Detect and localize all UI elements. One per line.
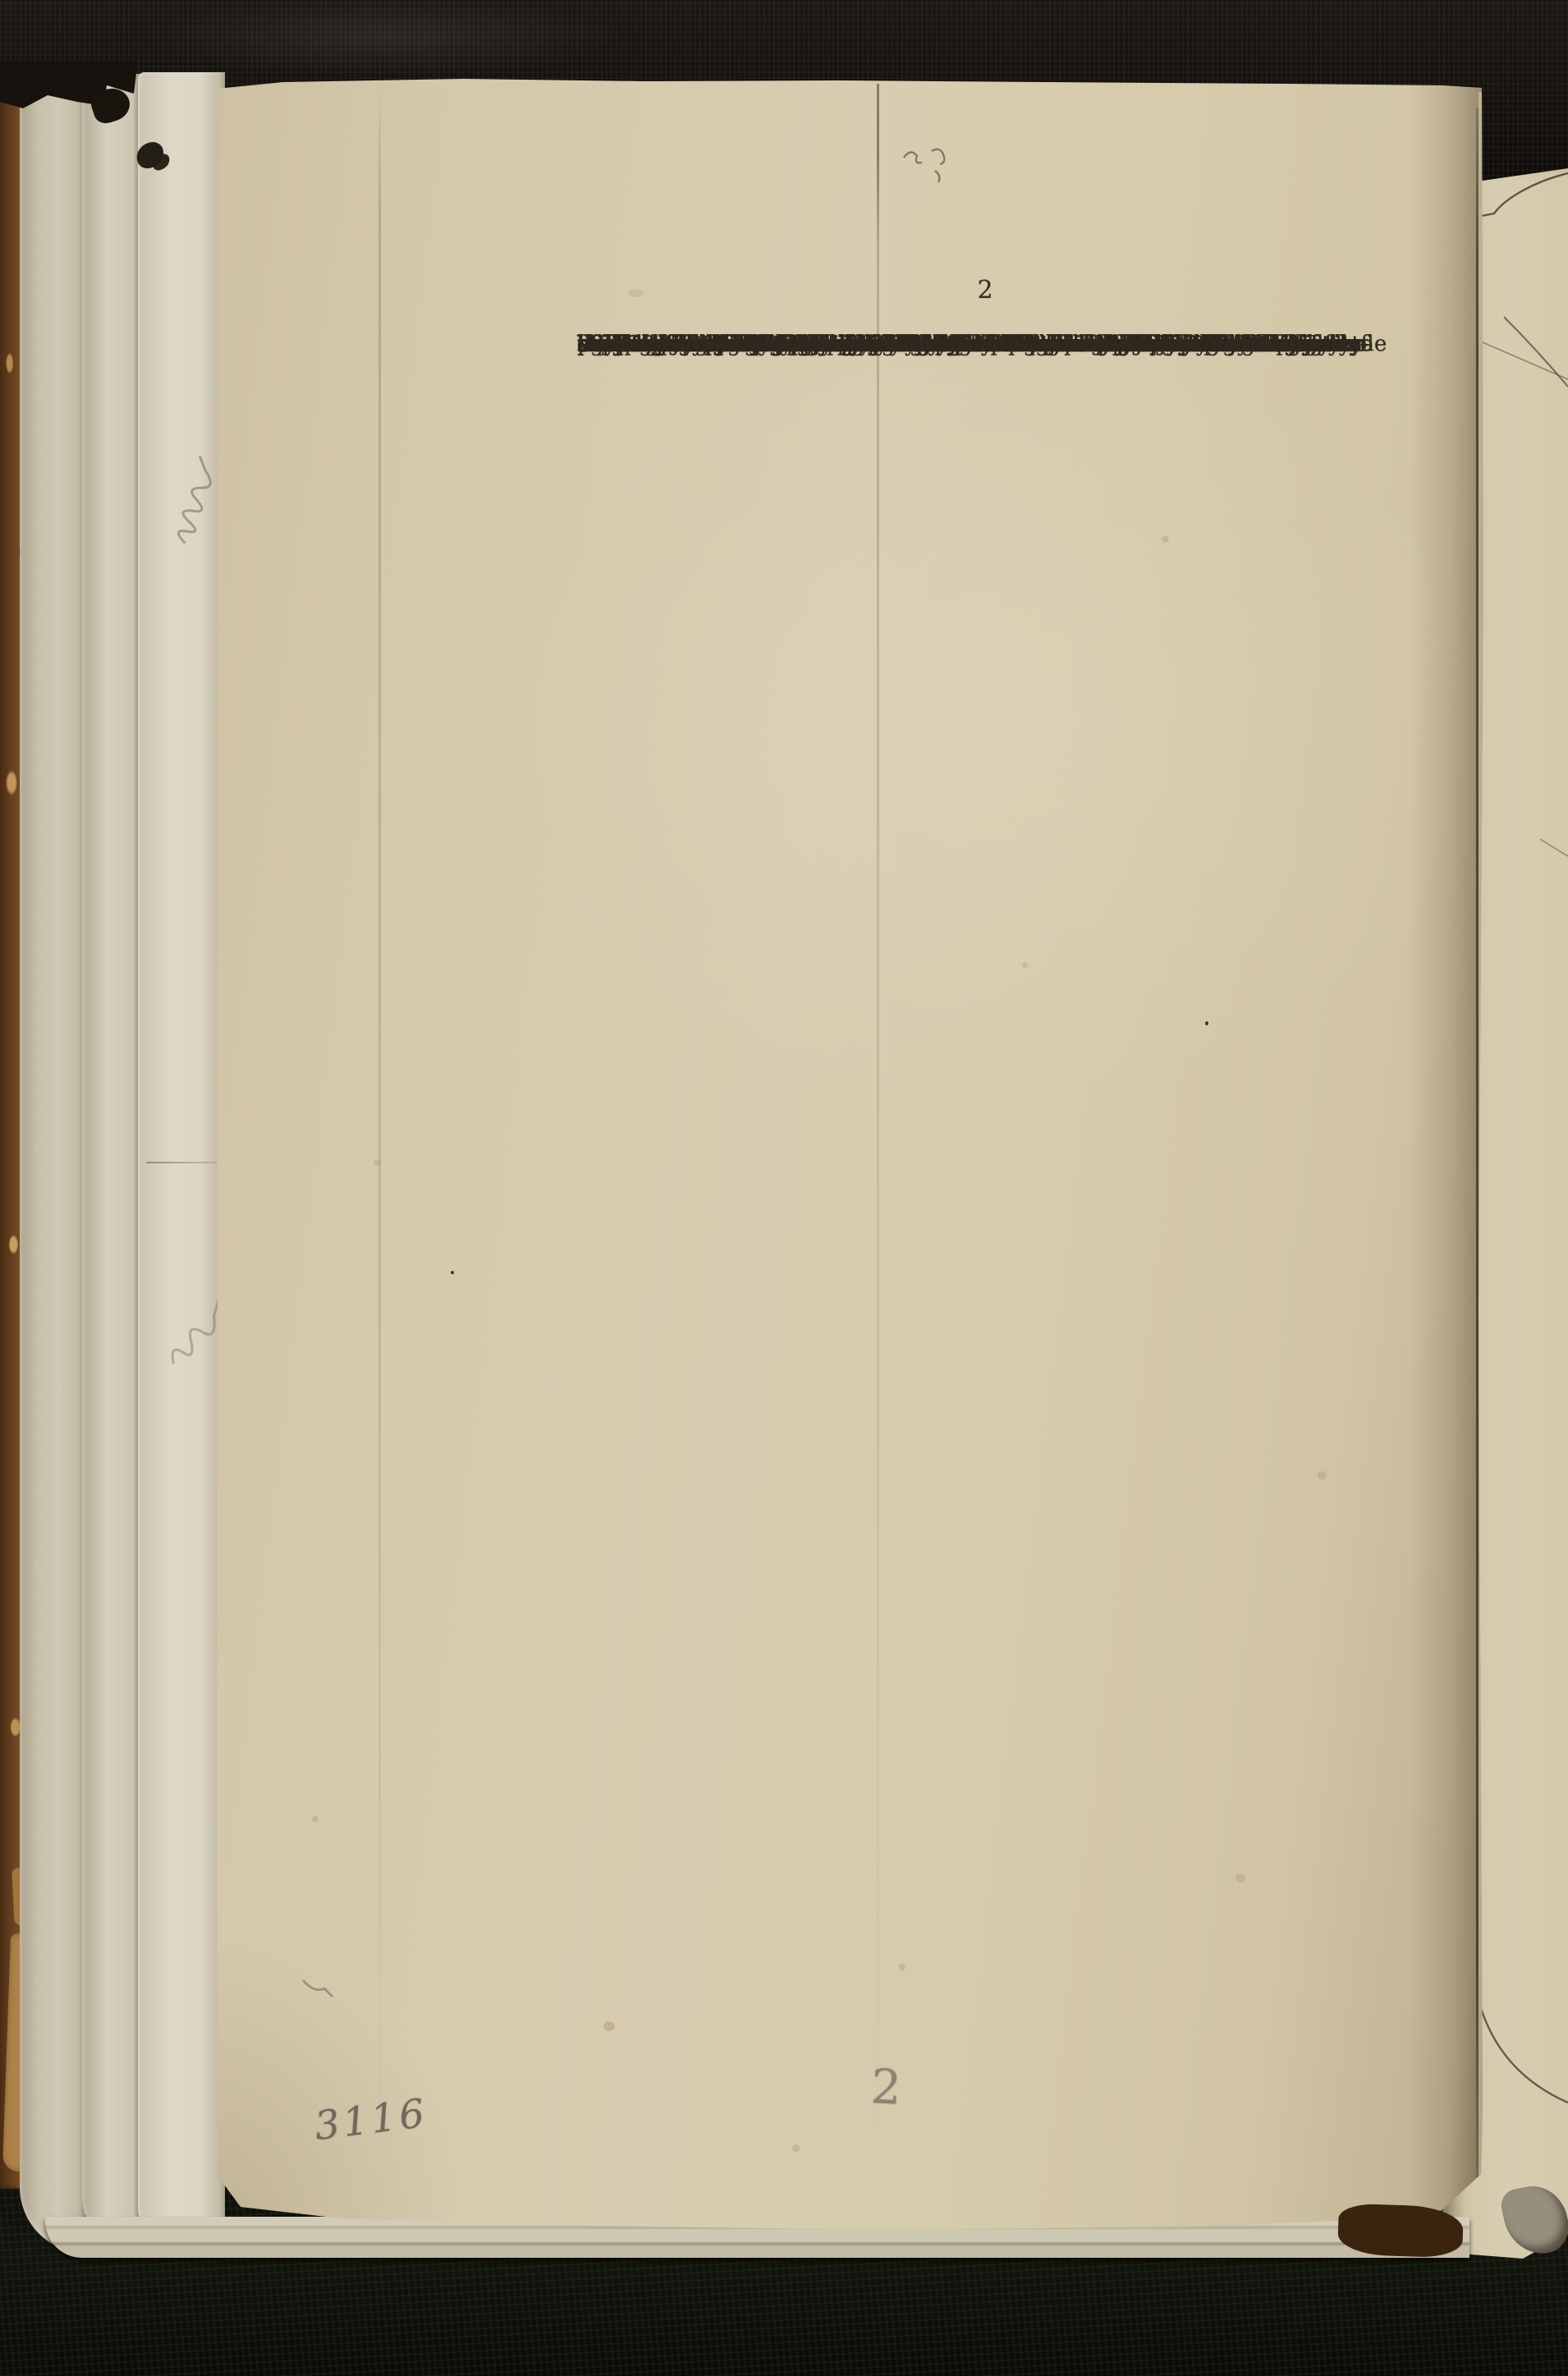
foxing-spot [1022,962,1028,968]
handwritten-archival-number: 3116 [312,2090,430,2149]
foxing-spot [628,289,643,297]
foxing-spot [792,2144,800,2152]
pencil-tick [300,1972,336,2002]
foxing-spot [1318,1471,1327,1479]
fold-crease [877,84,879,2218]
plan-diagonal-1 [1504,317,1568,387]
foxing-spot [899,1964,905,1970]
page-edge [82,74,141,2254]
crease-line [146,1162,225,1163]
ink-speck [451,1271,454,1274]
plan-arc-top [1477,173,1568,217]
foxing-spot [312,1816,319,1823]
book-photo: 2 buildings to the same belonging togeth… [0,0,1568,2376]
pencil-page-number: 2 [869,2058,902,2116]
page-edge [20,76,85,2253]
foxing-spot [374,1159,381,1166]
document-text-line: not be made at a greater distance than t… [577,323,1357,365]
document-page: 2 buildings to the same belonging togeth… [218,76,1483,2232]
page-edge [138,72,225,2256]
plan-arc-bottom [1477,1993,1568,2103]
page-number: 2 [961,276,1010,305]
ink-blot [133,139,167,171]
paper-tear [899,140,956,186]
foxing-spot [603,2021,615,2031]
plan-diagonal-3 [1540,839,1568,856]
foxing-spot [1236,1874,1245,1883]
ink-speck [1205,1021,1208,1025]
page-edge-shadow [1410,76,1483,2232]
foxing-spot [1162,535,1169,543]
fold-crease [378,84,381,2218]
